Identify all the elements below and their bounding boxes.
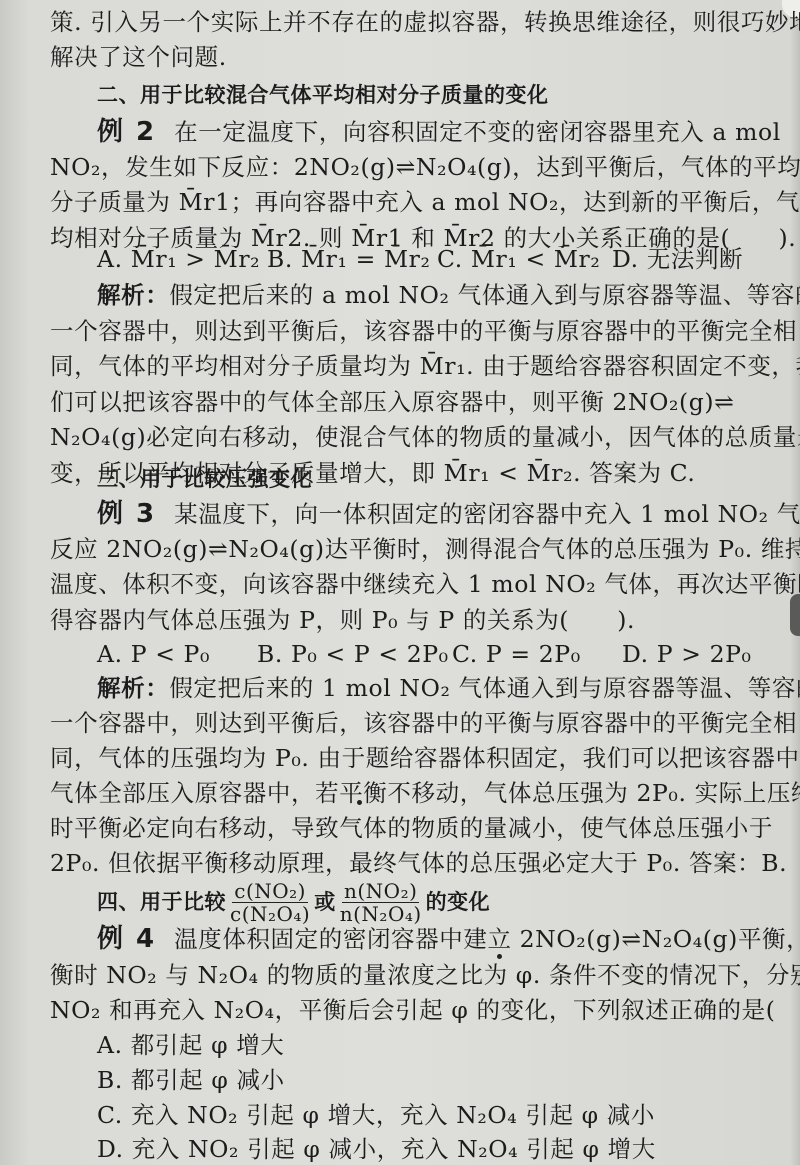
question-text: 在一定温度下，向容积固定不变的密闭容器里充入 a mol — [174, 118, 781, 146]
example-label: 例 2 — [97, 117, 156, 147]
example-label: 例 3 — [97, 499, 156, 529]
text-line: 策. 引入另一个实际上并不存在的虚拟容器，转换思维途径，则很巧妙地 — [50, 6, 762, 39]
analysis-line: 一个容器中，则达到平衡后，该容器中的平衡与原容器中的平衡完全相 — [50, 707, 762, 740]
options-row: A. P < P₀ B. P₀ < P < 2P₀ C. P = 2P₀ D. … — [97, 638, 762, 671]
question-line: 衡时 NO₂ 与 N₂O₄ 的物质的量浓度之比为 φ. 条件不变的情况下，分别再… — [50, 959, 762, 992]
fraction-numerator: n(NO₂) — [342, 880, 419, 903]
question-line: NO₂ 和再充入 N₂O₄，平衡后会引起 φ 的变化，下列叙述正确的是( ). — [50, 994, 762, 1027]
question-line: 分子质量为 M̄r1；再向容器中充入 a mol NO₂，达到新的平衡后，气体的… — [50, 186, 762, 219]
option-a: A. M̄r₁ > M̄r₂ — [97, 243, 267, 276]
textbook-page: 策. 引入另一个实际上并不存在的虚拟容器，转换思维途径，则很巧妙地 解决了这个问… — [0, 0, 800, 1165]
section-heading: 二、用于比较混合气体平均相对分子质量的变化 — [97, 79, 762, 112]
question-text: 某温度下，向一体积固定的密闭容器中充入 1 mol NO₂ 气体， — [174, 500, 800, 528]
page-edge-tab — [790, 594, 800, 636]
heading-text: 或 — [314, 876, 336, 928]
analysis-label: 解析： — [97, 281, 169, 309]
analysis-line: 气体全部压入原容器中，若平衡不移动，气体总压强为 2P₀. 实际上压缩 — [50, 777, 762, 810]
fraction-numerator: c(NO₂) — [232, 880, 308, 903]
example-question-line: 例 3某温度下，向一体积固定的密闭容器中充入 1 mol NO₂ 气体， — [97, 498, 762, 531]
option-a: A. P < P₀ — [97, 638, 257, 671]
analysis-line: 同，气体的压强均为 P₀. 由于题给容器体积固定，我们可以把该容器中的 — [50, 742, 762, 775]
option-a: A. 都引起 φ 增大 — [97, 1029, 762, 1062]
option-d: D. P > 2P₀ — [622, 638, 752, 671]
analysis-line: 一个容器中，则达到平衡后，该容器中的平衡与原容器中的平衡完全相 — [50, 315, 762, 348]
option-b: B. 都引起 φ 减小 — [97, 1064, 762, 1097]
heading-text: 四、用于比较 — [97, 876, 226, 928]
analysis-line: 时平衡必定向右移动，导致气体的物质的量减小，使气体总压强小于 — [50, 812, 762, 845]
question-line: NO₂，发生如下反应：2NO₂(g)⇌N₂O₄(g)，达到平衡后，气体的平均相对 — [50, 151, 762, 184]
analysis-line: 解析：假定把后来的 a mol NO₂ 气体通入到与原容器等温、等容的另 — [97, 279, 762, 312]
section-heading: 三、用于比较压强变化 — [97, 463, 762, 496]
option-b: B. M̄r₁ = M̄r₂ — [267, 243, 437, 276]
fraction-denominator: c(N₂O₄) — [228, 903, 312, 925]
options-row: A. M̄r₁ > M̄r₂ B. M̄r₁ = M̄r₂ C. M̄r₁ < … — [97, 243, 762, 276]
question-line: 反应 2NO₂(g)⇌N₂O₄(g)达平衡时，测得混合气体的总压强为 P₀. 维… — [50, 533, 762, 566]
example-label: 例 4 — [97, 924, 156, 954]
emphasis-dot — [357, 800, 362, 805]
option-d: D. 无法判断 — [612, 243, 743, 276]
analysis-line: N₂O₄(g)必定向右移动，使混合气体的物质的量减小，因气体的总质量未 — [50, 421, 762, 454]
analysis-line-placeholder — [97, 1122, 762, 1165]
analysis-label: 解析： — [97, 674, 169, 702]
question-line: 温度、体积不变，向该容器中继续充入 1 mol NO₂ 气体，再次达平衡时，测 — [50, 568, 762, 601]
fraction: c(NO₂) c(N₂O₄) — [228, 880, 312, 925]
option-c: C. P = 2P₀ — [452, 638, 622, 671]
analysis-text: 假定把后来的 1 mol NO₂ 气体通入到与原容器等温、等容的另 — [169, 674, 800, 702]
example-question-line: 例 4温度体积固定的密闭容器中建立 2NO₂(g)⇌N₂O₄(g)平衡，平 — [97, 923, 762, 956]
fraction: n(NO₂) n(N₂O₄) — [338, 880, 424, 925]
question-line: 得容器内气体总压强为 P，则 P₀ 与 P 的关系为( ). — [50, 604, 762, 637]
option-b: B. P₀ < P < 2P₀ — [257, 638, 452, 671]
emphasis-dot — [497, 954, 502, 959]
text-line: 解决了这个问题. — [50, 41, 762, 74]
analysis-text: 假定把后来的 a mol NO₂ 气体通入到与原容器等温、等容的另 — [169, 281, 800, 309]
example-question-line: 例 2在一定温度下，向容积固定不变的密闭容器里充入 a mol — [97, 116, 762, 149]
option-c: C. M̄r₁ < M̄r₂ — [437, 243, 612, 276]
analysis-line: 解析：假定把后来的 1 mol NO₂ 气体通入到与原容器等温、等容的另 — [97, 672, 762, 705]
fraction-denominator: n(N₂O₄) — [338, 903, 424, 925]
question-text: 温度体积固定的密闭容器中建立 2NO₂(g)⇌N₂O₄(g)平衡，平 — [174, 925, 800, 953]
analysis-line: 同，气体的平均相对分子质量均为 M̄r₁. 由于题给容器容积固定不变，我 — [50, 350, 762, 383]
section-heading: 四、用于比较 c(NO₂) c(N₂O₄) 或 n(NO₂) n(N₂O₄) 的… — [97, 874, 762, 930]
analysis-line: 们可以把该容器中的气体全部压入原容器中，则平衡 2NO₂(g)⇌ — [50, 386, 762, 419]
heading-text: 的变化 — [426, 876, 491, 928]
